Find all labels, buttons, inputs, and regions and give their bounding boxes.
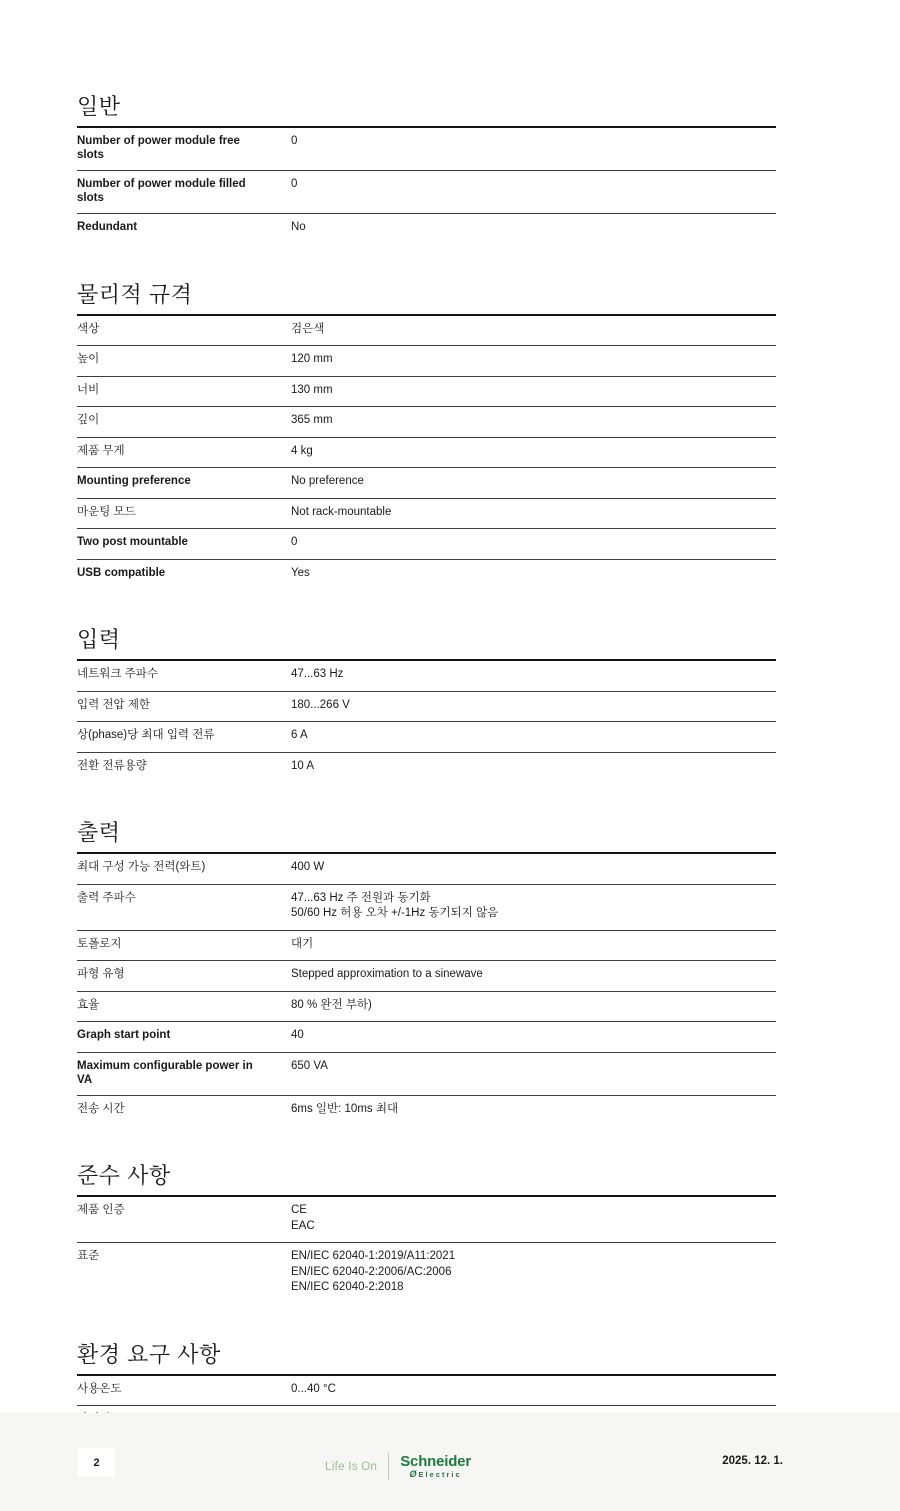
spec-value: 365 mm [291,413,776,429]
spec-row: 높이120 mm [77,345,776,376]
spec-row: Two post mountable0 [77,528,776,559]
spec-label: 네트워크 주파수 [77,667,291,683]
spec-row: 너비130 mm [77,376,776,407]
spec-label: 표준 [77,1249,291,1296]
spec-value: EN/IEC 62040-1:2019/A11:2021 EN/IEC 6204… [291,1249,776,1296]
spec-section: 입력네트워크 주파수47...63 Hz입력 전압 제한180...266 V상… [77,627,776,782]
spec-row: 네트워크 주파수47...63 Hz [77,661,776,691]
spec-row: Number of power module filled slots0 [77,170,776,213]
spec-value: 10 A [291,759,776,775]
datasheet-page: 일반Number of power module free slots0Numb… [0,0,900,1511]
document-date: 2025. 12. 1. [722,1455,783,1467]
spec-section: 물리적 규격색상검은색높이120 mm너비130 mm깊이365 mm제품 무게… [77,282,776,590]
section-title: 일반 [77,94,776,128]
spec-row: 사용온도0...40 °C [77,1376,776,1406]
spec-row: 제품 무게4 kg [77,437,776,468]
schneider-text: Schneider [400,1455,471,1469]
spec-label: 너비 [77,383,291,399]
spec-label: Number of power module free slots [77,134,291,162]
spec-section: 출력최대 구성 가능 전력(와트)400 W출력 주파수47...63 Hz 주… [77,820,776,1125]
spec-value: 4 kg [291,444,776,460]
spec-value: No [291,220,776,236]
spec-row: Mounting preferenceNo preference [77,467,776,498]
page-number-badge: 2 [78,1448,115,1477]
spec-value: No preference [291,474,776,490]
spec-value: 0 [291,535,776,551]
page-footer: 2 Life Is On Schneider Ø Electric 2025. … [0,1413,900,1511]
spec-row: Number of power module free slots0 [77,128,776,170]
spec-value: CE EAC [291,1203,776,1234]
spec-label: 입력 전압 제한 [77,698,291,714]
spec-label: 마운팅 모드 [77,505,291,521]
spec-row: 색상검은색 [77,316,776,346]
spec-label: 최대 구성 가능 전력(와트) [77,860,291,876]
spec-value: 650 VA [291,1059,776,1087]
spec-row: 입력 전압 제한180...266 V [77,691,776,722]
spec-row: USB compatibleYes [77,559,776,590]
spec-label: 깊이 [77,413,291,429]
spec-label: 상(phase)당 최대 입력 전류 [77,728,291,744]
spec-value: 6 A [291,728,776,744]
spec-label: 사용온도 [77,1382,291,1398]
spec-row: Maximum configurable power in VA650 VA [77,1052,776,1095]
spec-label: 효율 [77,998,291,1014]
spec-label: 제품 무게 [77,444,291,460]
spec-label: Maximum configurable power in VA [77,1059,291,1087]
spec-value: 검은색 [291,322,776,338]
spec-row: 토폴로지대기 [77,930,776,961]
spec-value: 0...40 °C [291,1382,776,1398]
spec-row: 상(phase)당 최대 입력 전류6 A [77,721,776,752]
electric-text-line: Ø Electric [410,1470,462,1479]
page-number: 2 [93,1457,99,1469]
spec-row: 최대 구성 가능 전력(와트)400 W [77,854,776,884]
spec-sections: 일반Number of power module free slots0Numb… [77,0,776,1466]
spec-value: 130 mm [291,383,776,399]
spec-value: Not rack-mountable [291,505,776,521]
spec-value: 80 % 완전 부하) [291,998,776,1014]
spec-label: 제품 인증 [77,1203,291,1234]
spec-value: 47...63 Hz [291,667,776,683]
spec-value: 180...266 V [291,698,776,714]
spec-label: Graph start point [77,1028,291,1044]
spec-row: 표준EN/IEC 62040-1:2019/A11:2021 EN/IEC 62… [77,1242,776,1304]
spec-label: Mounting preference [77,474,291,490]
schneider-wordmark: Schneider Ø Electric [400,1455,471,1479]
spec-value: 대기 [291,937,776,953]
spec-section: 준수 사항제품 인증CE EAC표준EN/IEC 62040-1:2019/A1… [77,1163,776,1304]
section-title: 입력 [77,627,776,661]
spec-value: 47...63 Hz 주 전원과 동기화 50/60 Hz 허용 오차 +/-1… [291,891,776,922]
spec-row: 전송 시간6ms 일반: 10ms 최대 [77,1095,776,1126]
spec-row: 전환 전류용량10 A [77,752,776,783]
spec-label: 출력 주파수 [77,891,291,922]
spec-label: 전환 전류용량 [77,759,291,775]
electric-text: Electric [419,1470,462,1479]
spec-label: 전송 시간 [77,1102,291,1118]
spec-label: 파형 유형 [77,967,291,983]
spec-section: 일반Number of power module free slots0Numb… [77,94,776,244]
schneider-logo: Life Is On Schneider Ø Electric [325,1453,471,1480]
logo-divider [388,1453,389,1480]
lifebuoy-icon: Ø [410,1470,417,1479]
life-is-on-tagline: Life Is On [325,1461,377,1473]
spec-row: 출력 주파수47...63 Hz 주 전원과 동기화 50/60 Hz 허용 오… [77,884,776,930]
spec-row: RedundantNo [77,213,776,244]
spec-row: 깊이365 mm [77,406,776,437]
spec-value: 40 [291,1028,776,1044]
spec-row: 파형 유형Stepped approximation to a sinewave [77,960,776,991]
spec-label: Two post mountable [77,535,291,551]
spec-value: Yes [291,566,776,582]
spec-value: 6ms 일반: 10ms 최대 [291,1102,776,1118]
spec-label: Number of power module filled slots [77,177,291,205]
spec-value: Stepped approximation to a sinewave [291,967,776,983]
spec-value: 0 [291,134,776,162]
spec-label: Redundant [77,220,291,236]
section-title: 준수 사항 [77,1163,776,1197]
spec-value: 400 W [291,860,776,876]
spec-row: Graph start point40 [77,1021,776,1052]
spec-value: 120 mm [291,352,776,368]
spec-value: 0 [291,177,776,205]
spec-label: 토폴로지 [77,937,291,953]
section-title: 출력 [77,820,776,854]
spec-label: 색상 [77,322,291,338]
spec-label: 높이 [77,352,291,368]
section-title: 환경 요구 사항 [77,1342,776,1376]
spec-row: 효율80 % 완전 부하) [77,991,776,1022]
spec-row: 제품 인증CE EAC [77,1197,776,1242]
section-title: 물리적 규격 [77,282,776,316]
spec-row: 마운팅 모드Not rack-mountable [77,498,776,529]
spec-label: USB compatible [77,566,291,582]
